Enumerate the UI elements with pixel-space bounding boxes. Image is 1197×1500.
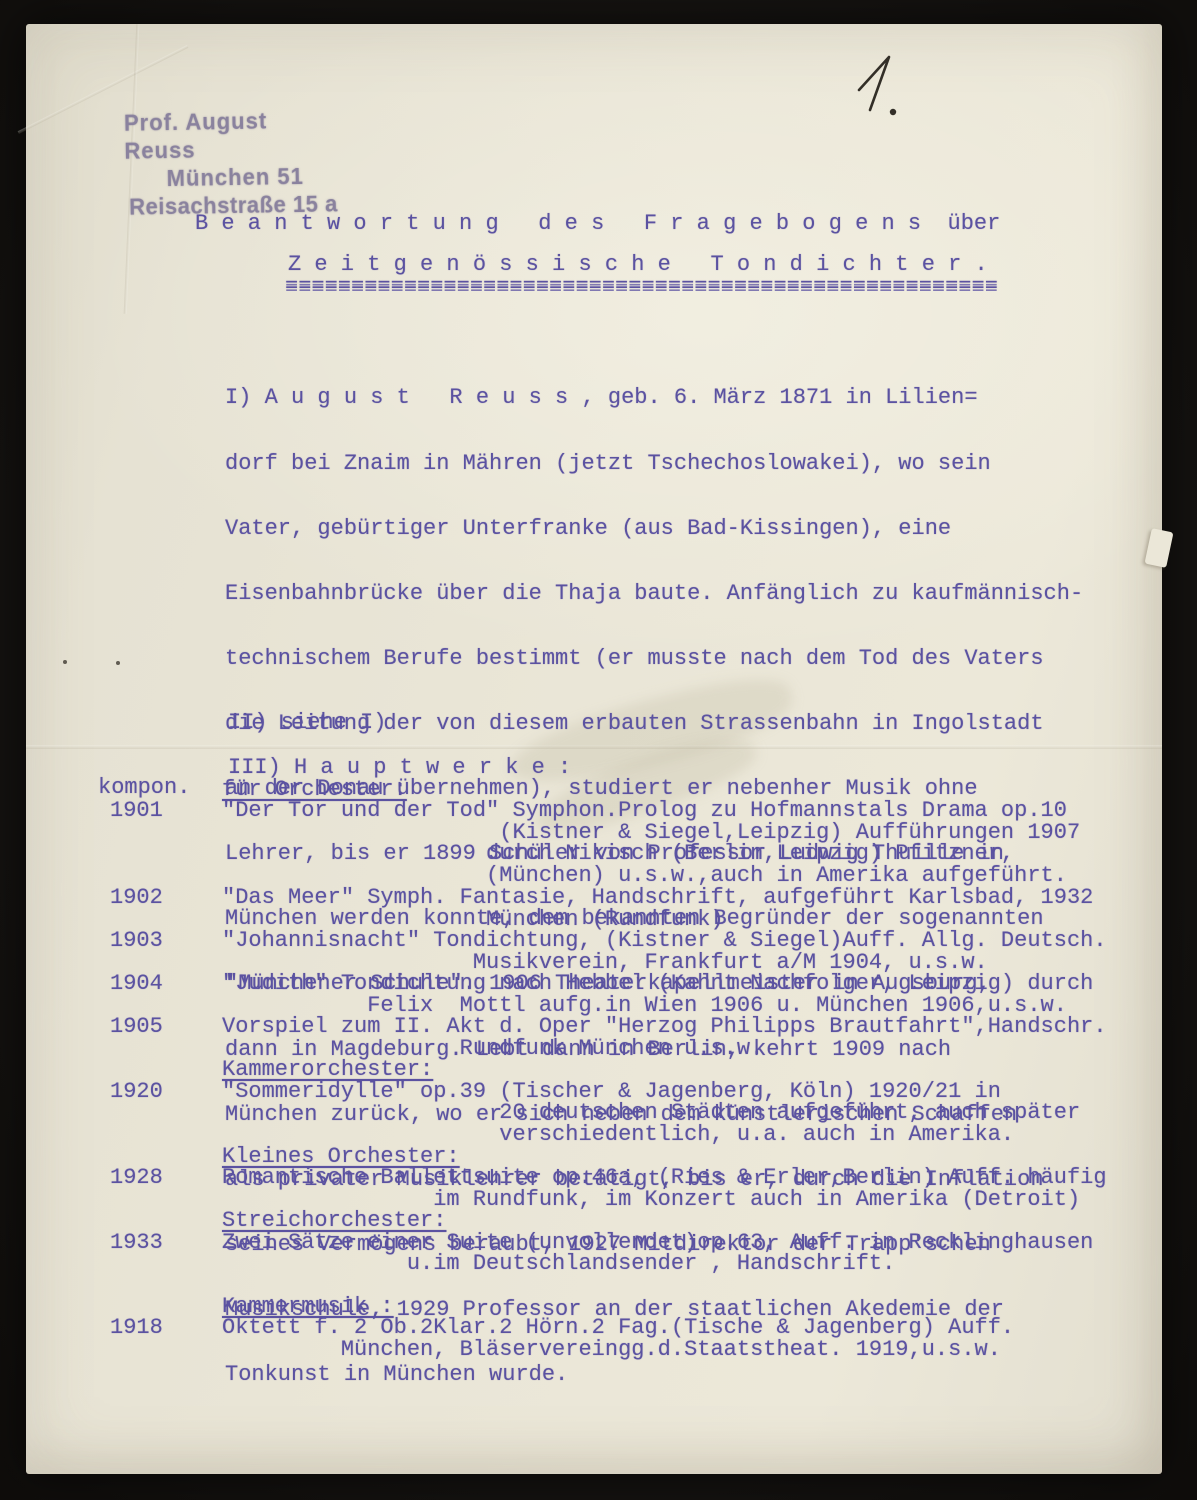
handwritten-page-number — [852, 52, 904, 122]
work-line: verschiedentlich, u.a. auch in Amerika. — [222, 1124, 1014, 1146]
work-line: u.im Deutschlandsender , Handschrift. — [222, 1253, 895, 1275]
work-line: durch Nikisch (Berlin,Leipzig) Pfitzner, — [222, 843, 1014, 865]
work-line: "Das Meer" Symph. Fantasie, Handschrift,… — [222, 887, 1093, 909]
bio-line: dorf bei Znaim in Mähren (jetzt Tschecho… — [225, 453, 1083, 475]
address-stamp: Prof. August Reuss München 51 Reisachstr… — [124, 105, 347, 220]
section-header-streichorchester: Streichorchester: — [222, 1210, 446, 1232]
margin-label-komponiert: kompon. — [98, 777, 190, 799]
stamp-city: München 51 — [125, 161, 346, 192]
photographed-document-scene: { "page_number": "1.", "stamp": { "line1… — [0, 0, 1197, 1500]
document-title-line-2: Z e i t g e n ö s s i s c h e T o n d i … — [288, 254, 988, 276]
document-title-line-1: B e a n t w o r t u n g d e s F r a g e … — [195, 213, 1000, 235]
bio-line: technischem Berufe bestimmt (er musste n… — [225, 648, 1083, 670]
bio-line: Vater, gebürtiger Unterfranke (aus Bad-K… — [225, 518, 1083, 540]
paper-edge-tear — [1144, 528, 1173, 568]
section-header-kammerorchester: Kammerorchester: — [222, 1059, 433, 1081]
stamp-name: Prof. August Reuss — [124, 105, 346, 164]
work-line: (München) u.s.w.,auch in Amerika aufgefü… — [222, 865, 1067, 887]
work-line: Oktett f. 2 Ob.2Klar.2 Hörn.2 Fag.(Tisch… — [222, 1317, 1014, 1339]
handwritten-one-icon — [852, 52, 904, 122]
work-year: 1905 — [110, 1016, 163, 1038]
work-line: "Der Tor und der Tod" Symphon.Prolog zu … — [222, 800, 1067, 822]
work-year: 1933 — [110, 1232, 163, 1254]
work-year: 1904 — [110, 973, 163, 995]
work-line: "Judith" Tondichtung nach Hebbel (Kahnt … — [222, 973, 1093, 995]
bio-line: Tonkunst in München wurde. — [225, 1364, 1083, 1386]
work-year: 1902 — [110, 887, 163, 909]
work-year: 1903 — [110, 930, 163, 952]
work-line: 20 deutschen Städten aufgeführt, auch sp… — [222, 1102, 1080, 1124]
bio-line: Eisenbahnbrücke über die Thaja baute. An… — [225, 583, 1083, 605]
title-underline: ========================================… — [285, 276, 998, 298]
work-line: Romantische Ballettsuite op.46a, (Ries &… — [222, 1167, 1107, 1189]
bio-line: I) A u g u s t R e u s s , geb. 6. März … — [225, 387, 1083, 409]
work-year: 1918 — [110, 1317, 163, 1339]
ink-dot — [116, 661, 120, 665]
work-year: 1901 — [110, 800, 163, 822]
work-line: "Johannisnacht" Tondichtung, (Kistner & … — [222, 930, 1107, 952]
work-line: München, Bläservereingg.d.Staatstheat. 1… — [222, 1339, 1001, 1361]
document-page: Prof. August Reuss München 51 Reisachstr… — [26, 24, 1162, 1474]
work-line: Vorspiel zum II. Akt d. Oper "Herzog Phi… — [222, 1016, 1107, 1038]
work-year: 1920 — [110, 1081, 163, 1103]
ink-dot — [63, 660, 67, 664]
section-ii: II) siehe I) — [228, 712, 386, 734]
section-iii-heading: III) H a u p t w e r k e : — [228, 757, 571, 779]
work-year: 1928 — [110, 1167, 163, 1189]
